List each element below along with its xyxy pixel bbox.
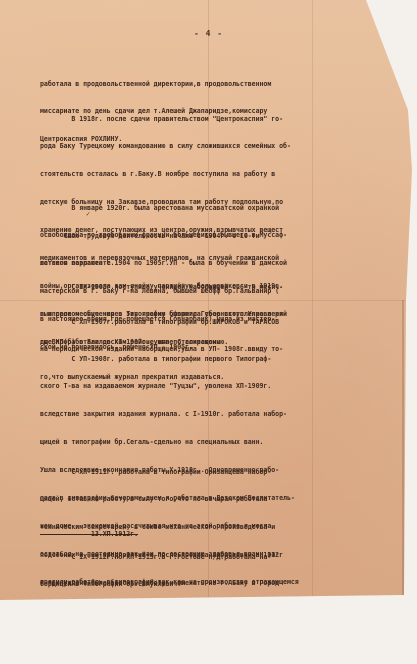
text-line: С XП-1907г.работала в типографии бр.ШИРО… xyxy=(40,318,392,327)
page-number: - 4 - xyxy=(0,29,417,38)
text-line: вследствие закрытия издания журнала. с I… xyxy=(40,410,392,419)
text-line: С XП-1911г. работала в типографии Оризан… xyxy=(40,468,392,477)
text-line: С УП-1908г. работала в типографии первог… xyxy=(40,355,392,364)
text-line: борщицей в Типографии бр.Самуйлович. xyxy=(40,580,392,589)
text-line: С IX-1912г.по ХП-1913г.в г.Ростове Н/Д.р… xyxy=(40,553,392,562)
document-page: - 4 - работала в продовольственной дирек… xyxy=(0,0,417,600)
handwritten-mark: ✓ xyxy=(86,210,90,218)
text-line: ского Т-ва на издаваемом журнале "Туцзы"… xyxy=(40,382,392,391)
text-line: рода Баку Турецкому командованию в силу … xyxy=(40,142,392,151)
text-line: В январе 1920г. была арестована муссават… xyxy=(40,204,392,213)
text-line: работала в продовольственной директории,… xyxy=(40,80,392,89)
text-line: стоятельств осталась в г.Баку.В ноябре п… xyxy=(40,170,392,179)
text-line: В 1918г. после сдачи правительством "Цен… xyxy=(40,115,392,124)
paper-edge xyxy=(402,300,404,600)
text-line: щицей, оставила работу в силу того,что п… xyxy=(40,495,392,504)
text-line: щицей в типографии бр.Сегаль-сдельно на … xyxy=(40,438,392,447)
text-line: Свою трудовую деятельность начала с 1904… xyxy=(40,232,392,241)
paragraph-1912-1914: С IX-1912г.по ХП-1913г.в г.Ростове Н/Д.р… xyxy=(40,534,392,600)
text-line: С IX-1905г.поступила ученицей наборщицей… xyxy=(40,283,392,292)
